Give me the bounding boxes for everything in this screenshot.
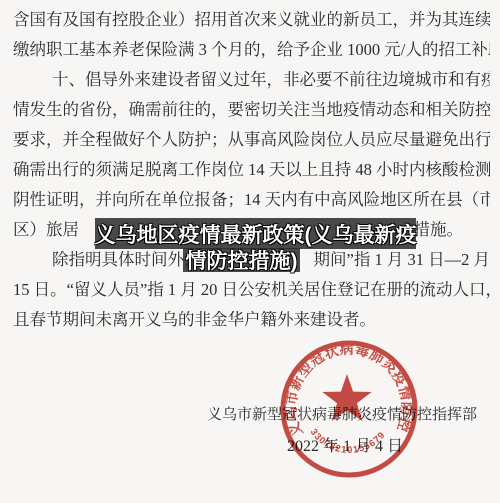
title-overlay-line2: 情防控措施) xyxy=(183,248,300,272)
document-line: 含国有及国有控股企业）招用首次来义就业的新员工，并为其连续 xyxy=(13,5,490,35)
line-fragment-left: 除指明具体时间外， xyxy=(52,245,201,275)
document-line: 15 日。“留义人员”指 1 月 20 日公安机关居住登记在册的流动人口， xyxy=(13,275,490,305)
seal-number: 33078210155679 xyxy=(308,427,388,456)
document-line: 确需出行的须满足脱离工作岗位 14 天以上且持 48 小时内核酸检测 xyxy=(13,155,490,185)
seal-star-icon xyxy=(322,374,371,421)
line-fragment-right: 措施。 xyxy=(414,215,464,245)
document-line: 要求，并全程做好个人防护；从事高风险岗位人员应尽量避免出行， xyxy=(13,125,490,155)
document-page: 含国有及国有控股企业）招用首次来义就业的新员工，并为其连续 缴纳职工基本养老保险… xyxy=(0,0,500,503)
official-red-seal: 义乌市新型冠状病毒肺炎疫情防控指挥部 33078210155679 xyxy=(277,337,421,481)
line-fragment-right: 期间”指 1 月 31 日—2 月 xyxy=(314,245,490,275)
document-line: 情发生的省份，确需前往的，要密切关注当地疫情动态和相关防控 xyxy=(13,95,490,125)
document-body: 含国有及国有控股企业）招用首次来义就业的新员工，并为其连续 缴纳职工基本养老保险… xyxy=(13,5,490,335)
document-line: 缴纳职工基本养老保险满 3 个月的，给予企业 1000 元/人的招工补助。 xyxy=(13,35,490,65)
document-line: 且春节期间未离开义乌的非金华户籍外来建设者。 xyxy=(13,305,490,335)
document-line: 十、倡导外来建设者留义过年，非必要不前往边境城市和有疫 xyxy=(13,65,490,95)
line-fragment-left: 区）旅居 xyxy=(13,215,79,245)
document-line: 阴性证明，并向所在单位报备；14 天内有中高风险地区所在县（市、 xyxy=(13,185,490,215)
